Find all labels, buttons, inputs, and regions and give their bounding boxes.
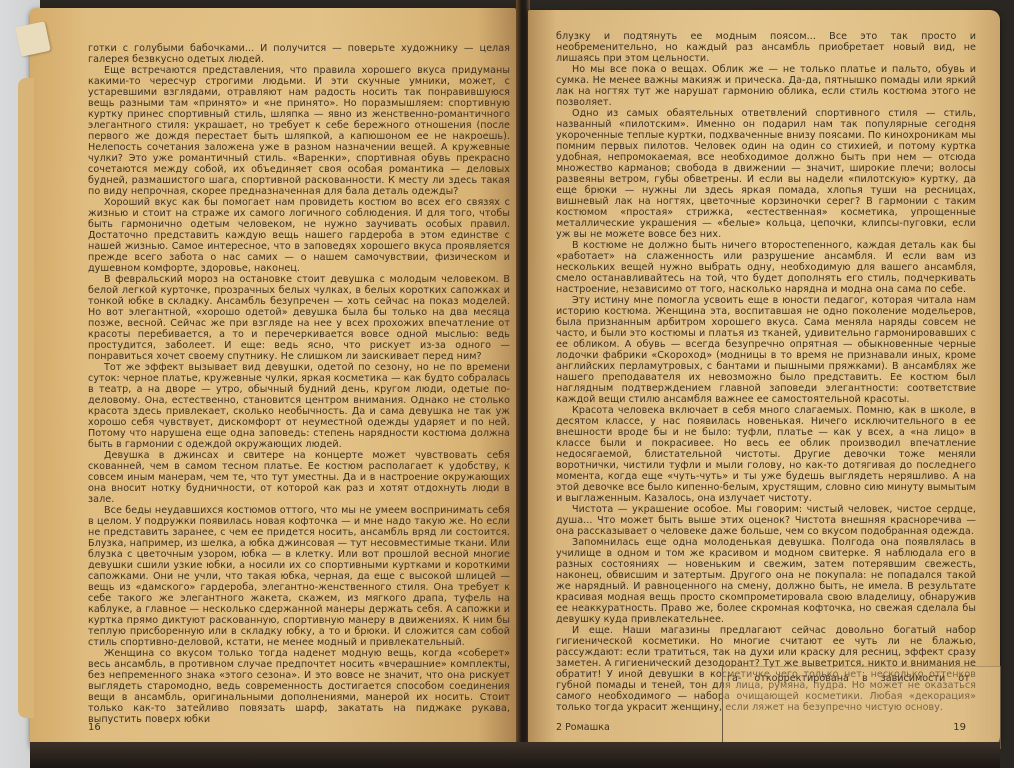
right-page: блузку и подтянуть ее модным поясом... В… bbox=[528, 10, 1000, 748]
pasted-strip-text: га- откорректирована в зависимости от bbox=[727, 673, 970, 684]
pasted-paper-strip: га- откорректирована в зависимости от bbox=[722, 666, 1001, 749]
paragraph: Девушка в джинсах и свитере на концерте … bbox=[88, 450, 510, 505]
paragraph: Запомнилась еще одна молоденькая девушка… bbox=[556, 537, 976, 625]
left-page: готки с голубыми бабочками... И получитс… bbox=[30, 8, 516, 750]
torn-paper-flap bbox=[15, 21, 51, 57]
paragraph: В костюме не должно быть ничего второсте… bbox=[556, 240, 976, 295]
paragraph: Все беды неудавшихся костюмов оттого, чт… bbox=[88, 505, 510, 648]
paragraph: Еще встречаются представления, что прави… bbox=[88, 65, 510, 197]
right-page-text: блузку и подтянуть ее модным поясом... В… bbox=[556, 31, 976, 713]
paragraph: Тот же эффект вызывает вид девушки, одет… bbox=[88, 362, 510, 450]
paragraph: В февральский мороз на остановке стоит д… bbox=[88, 274, 510, 362]
paragraph: Но мы все пока о вещах. Облик же — не то… bbox=[556, 64, 976, 108]
paragraph: Одно из самых обаятельных ответвлений сп… bbox=[556, 108, 976, 240]
left-page-number: 16 bbox=[88, 722, 101, 733]
paragraph: Хороший вкус как бы помогает нам провиде… bbox=[88, 197, 510, 274]
left-page-text: готки с голубыми бабочками... И получитс… bbox=[88, 43, 510, 725]
paragraph: блузку и подтянуть ее модным поясом... В… bbox=[556, 31, 976, 64]
paragraph: Красота человека включает в себя много с… bbox=[556, 405, 976, 504]
torn-page-edge bbox=[18, 78, 34, 718]
paragraph: Женщина со вкусом только тогда наденет м… bbox=[88, 648, 510, 725]
paragraph: Эту истину мне помогла усвоить еще в юно… bbox=[556, 295, 976, 405]
page-bottom-edge-shadow bbox=[30, 742, 1000, 768]
right-page-number: 19 bbox=[953, 722, 966, 733]
signature-mark: 2 Ромашка bbox=[556, 722, 610, 733]
paragraph: готки с голубыми бабочками... И получитс… bbox=[88, 43, 510, 65]
paragraph: Чистота — украшение особое. Мы говорим: … bbox=[556, 504, 976, 537]
